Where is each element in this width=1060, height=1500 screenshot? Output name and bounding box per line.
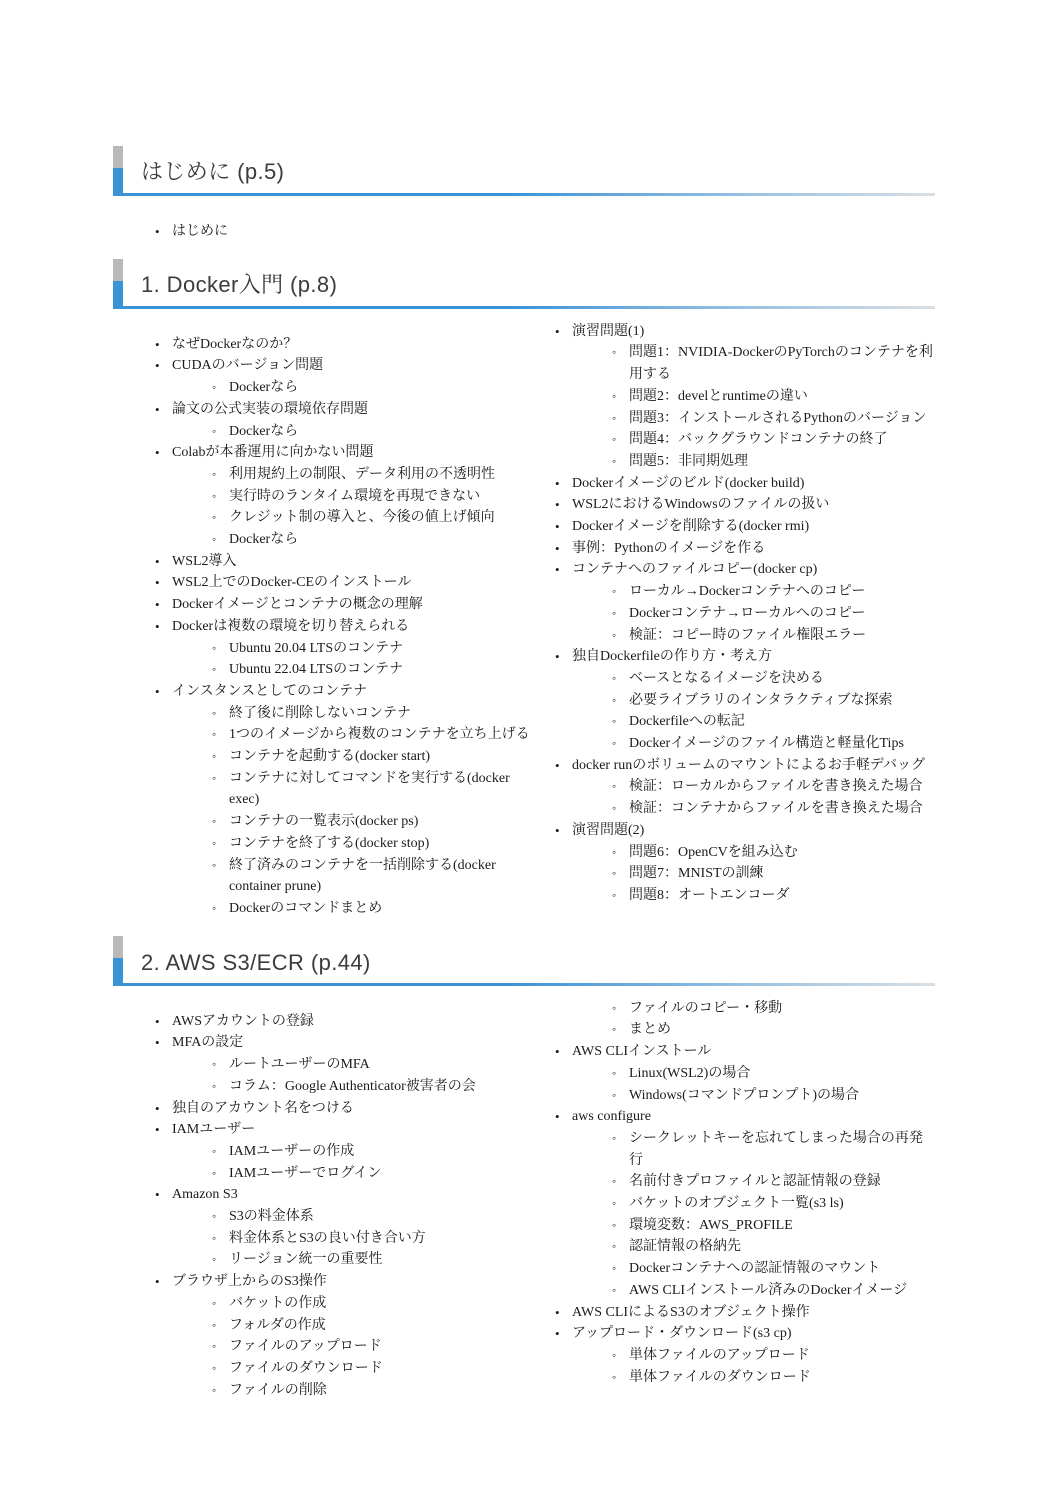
toc-column-left: •AWSアカウントの登録•MFAの設定◦ルートユーザーのMFA◦コラム：Goog… [155, 1011, 535, 1402]
bullet-circle-icon: ◦ [212, 855, 229, 898]
toc-item-label: Ubuntu 20.04 LTSのコンテナ [229, 638, 535, 660]
toc-item-label: 実行時のランタイム環境を再現できない [229, 486, 535, 508]
section-title: 1. Docker入門 (p.8) [141, 268, 337, 306]
bullet-circle-icon: ◦ [212, 724, 229, 746]
bullet-circle-icon: ◦ [612, 1193, 629, 1215]
toc-item-label: WSL2上でのDocker-CEのインストール [172, 572, 535, 594]
toc-item: ◦Windows(コマンドプロンプト)の場合 [555, 1085, 935, 1107]
toc-item: •はじめに [155, 221, 535, 243]
bullet-circle-icon: ◦ [212, 1141, 229, 1163]
accent-bar-blue [113, 281, 123, 306]
toc-item-label: Dockerイメージのファイル構造と軽量化Tips [629, 733, 935, 755]
toc-item: ◦バケットの作成 [155, 1293, 535, 1315]
toc-item-label: 問題3：インストールされるPythonのバージョン [629, 408, 935, 430]
toc-item: ◦Dockerコンテナへの認証情報のマウント [555, 1258, 935, 1280]
toc-item-label: Dockerfileへの転記 [629, 711, 935, 733]
bullet-dot-icon: • [155, 442, 172, 464]
bullet-circle-icon: ◦ [212, 703, 229, 725]
toc-item: ◦Dockerイメージのファイル構造と軽量化Tips [555, 733, 935, 755]
toc-item-label: まとめ [629, 1019, 935, 1041]
toc-item: •インスタンスとしてのコンテナ [155, 681, 535, 703]
toc-item-label: はじめに [172, 221, 535, 243]
toc-item-label: ファイルのコピー・移動 [629, 998, 935, 1020]
toc-item-label: 事例：Pythonのイメージを作る [572, 538, 935, 560]
toc-item: •CUDAのバージョン問題 [155, 355, 535, 377]
bullet-dot-icon: • [155, 681, 172, 703]
toc-item-label: 必要ライブラリのインタラクティブな探索 [629, 690, 935, 712]
toc-page: はじめに (p.5) •はじめに 1. Docker入門 (p.8) •なぜDo… [0, 0, 1060, 1500]
toc-item-label: 問題4：バックグラウンドコンテナの終了 [629, 429, 935, 451]
toc-item: ◦利用規約上の制限、データ利用の不透明性 [155, 464, 535, 486]
toc-item: ◦バケットのオブジェクト一覧(s3 ls) [555, 1193, 935, 1215]
toc-item-label: ファイルのアップロード [229, 1336, 535, 1358]
bullet-circle-icon: ◦ [612, 408, 629, 430]
toc-item-label: 検証：コンテナからファイルを書き換えた場合 [629, 798, 935, 820]
bullet-circle-icon: ◦ [212, 1336, 229, 1358]
bullet-circle-icon: ◦ [612, 863, 629, 885]
toc-item: ◦クレジット制の導入と、今後の値上げ傾向 [155, 507, 535, 529]
toc-item: •WSL2におけるWindowsのファイルの扱い [555, 494, 935, 516]
toc-item-label: CUDAのバージョン問題 [172, 355, 535, 377]
bullet-dot-icon: • [155, 1184, 172, 1206]
bullet-dot-icon: • [155, 551, 172, 573]
toc-item-label: コンテナへのファイルコピー(docker cp) [572, 559, 935, 581]
bullet-dot-icon: • [555, 473, 572, 495]
toc-item-label: aws configure [572, 1106, 935, 1128]
bullet-circle-icon: ◦ [612, 429, 629, 451]
bullet-circle-icon: ◦ [212, 811, 229, 833]
bullet-circle-icon: ◦ [612, 690, 629, 712]
toc-item-label: 終了済みのコンテナを一括削除する(docker container prune) [229, 855, 535, 898]
toc-item-label: コンテナに対してコマンドを実行する(docker exec) [229, 768, 535, 811]
toc-item: •IAMユーザー [155, 1119, 535, 1141]
toc-item: ◦Dockerなら [155, 377, 535, 399]
section-header: 1. Docker入門 (p.8) [113, 259, 935, 306]
toc-item-label: フォルダの作成 [229, 1315, 535, 1337]
bullet-circle-icon: ◦ [212, 486, 229, 508]
toc-item: ◦名前付きプロファイルと認証情報の登録 [555, 1171, 935, 1193]
toc-item: ◦Linux(WSL2)の場合 [555, 1063, 935, 1085]
toc-item: ◦問題8：オートエンコーダ [555, 885, 935, 907]
toc-item: •AWS CLIによるS3のオブジェクト操作 [555, 1302, 935, 1324]
toc-column-left: •なぜDockerなのか？•CUDAのバージョン問題◦Dockerなら•論文の公… [155, 334, 535, 920]
bullet-dot-icon: • [155, 355, 172, 377]
toc-item: ◦Dockerのコマンドまとめ [155, 898, 535, 920]
toc-item-label: Dockerは複数の環境を切り替えられる [172, 616, 535, 638]
bullet-circle-icon: ◦ [612, 342, 629, 385]
bullet-circle-icon: ◦ [612, 603, 629, 625]
toc-item-label: Dockerなら [229, 529, 535, 551]
toc-item: ◦まとめ [555, 1019, 935, 1041]
bullet-circle-icon: ◦ [212, 1315, 229, 1337]
bullet-dot-icon: • [555, 559, 572, 581]
bullet-circle-icon: ◦ [212, 507, 229, 529]
toc-item-label: AWS CLIインストール [572, 1041, 935, 1063]
bullet-circle-icon: ◦ [612, 581, 629, 603]
toc-item-label: 料金体系とS3の良い付き合い方 [229, 1228, 535, 1250]
toc-item-label: 独自Dockerfileの作り方・考え方 [572, 646, 935, 668]
bullet-circle-icon: ◦ [612, 1171, 629, 1193]
toc-item: •WSL2導入 [155, 551, 535, 573]
bullet-circle-icon: ◦ [212, 1293, 229, 1315]
accent-bar-blue [113, 168, 123, 193]
toc-item-label: 単体ファイルのダウンロード [629, 1367, 935, 1389]
toc-item-label: WSL2導入 [172, 551, 535, 573]
toc-item-label: MFAの設定 [172, 1032, 535, 1054]
bullet-dot-icon: • [555, 820, 572, 842]
toc-item: ◦単体ファイルのアップロード [555, 1345, 935, 1367]
section-body: •AWSアカウントの登録•MFAの設定◦ルートユーザーのMFA◦コラム：Goog… [113, 986, 935, 1402]
accent-bar-blue [113, 958, 123, 983]
toc-item-label: Windows(コマンドプロンプト)の場合 [629, 1085, 935, 1107]
toc-item: ◦ベースとなるイメージを決める [555, 668, 935, 690]
accent-bar-gray [113, 146, 123, 168]
toc-item-label: コンテナを起動する(docker start) [229, 746, 535, 768]
section-docker: 1. Docker入門 (p.8) •なぜDockerなのか？•CUDAのバージ… [113, 259, 935, 920]
section-intro: はじめに (p.5) •はじめに [113, 146, 935, 243]
section-title: 2. AWS S3/ECR (p.44) [141, 950, 371, 983]
toc-item: ◦検証：コピー時のファイル権限エラー [555, 625, 935, 647]
toc-item-label: 問題5：非同期処理 [629, 451, 935, 473]
bullet-circle-icon: ◦ [612, 776, 629, 798]
toc-item-label: 問題6：OpenCVを組み込む [629, 842, 935, 864]
toc-item: •Dockerイメージとコンテナの概念の理解 [155, 594, 535, 616]
bullet-circle-icon: ◦ [612, 668, 629, 690]
toc-item: ◦1つのイメージから複数のコンテナを立ち上げる [155, 724, 535, 746]
bullet-dot-icon: • [555, 1106, 572, 1128]
toc-item: ◦終了後に削除しないコンテナ [155, 703, 535, 725]
toc-item-label: Dockerのコマンドまとめ [229, 898, 535, 920]
toc-item-label: Ubuntu 22.04 LTSのコンテナ [229, 659, 535, 681]
toc-item: ◦S3の料金体系 [155, 1206, 535, 1228]
toc-item: ◦問題7：MNISTの訓練 [555, 863, 935, 885]
toc-item: ◦Dockerコンテナ→ローカルへのコピー [555, 603, 935, 625]
toc-item: ◦問題5：非同期処理 [555, 451, 935, 473]
bullet-dot-icon: • [155, 572, 172, 594]
toc-item-label: AWSアカウントの登録 [172, 1011, 535, 1033]
toc-item: •事例：Pythonのイメージを作る [555, 538, 935, 560]
toc-item: •AWS CLIインストール [555, 1041, 935, 1063]
toc-item: ◦問題2：develとruntimeの違い [555, 386, 935, 408]
toc-item: ◦IAMユーザーの作成 [155, 1141, 535, 1163]
toc-item-label: IAMユーザー [172, 1119, 535, 1141]
bullet-circle-icon: ◦ [612, 1345, 629, 1367]
toc-item: ◦コンテナを起動する(docker start) [155, 746, 535, 768]
bullet-circle-icon: ◦ [612, 1367, 629, 1389]
toc-item-label: 認証情報の格納先 [629, 1236, 935, 1258]
toc-item-label: コンテナの一覧表示(docker ps) [229, 811, 535, 833]
toc-item: ◦料金体系とS3の良い付き合い方 [155, 1228, 535, 1250]
toc-item: ◦シークレットキーを忘れてしまった場合の再発行 [555, 1128, 935, 1171]
toc-item-label: S3の料金体系 [229, 1206, 535, 1228]
toc-item-label: コンテナを終了する(docker stop) [229, 833, 535, 855]
bullet-circle-icon: ◦ [612, 451, 629, 473]
bullet-dot-icon: • [155, 221, 172, 243]
bullet-circle-icon: ◦ [212, 833, 229, 855]
toc-item-label: インスタンスとしてのコンテナ [172, 681, 535, 703]
toc-item: •なぜDockerなのか？ [155, 334, 535, 356]
toc-item-label: 環境変数：AWS_PROFILE [629, 1215, 935, 1237]
toc-item: ◦問題6：OpenCVを組み込む [555, 842, 935, 864]
toc-item: •WSL2上でのDocker-CEのインストール [155, 572, 535, 594]
bullet-circle-icon: ◦ [212, 529, 229, 551]
toc-item-label: ローカル→Dockerコンテナへのコピー [629, 581, 935, 603]
toc-item-label: クレジット制の導入と、今後の値上げ傾向 [229, 507, 535, 529]
toc-item-label: docker runのボリュームのマウントによるお手軽デバッグ [572, 755, 935, 777]
toc-item: •演習問題(1) [555, 321, 935, 343]
section-aws: 2. AWS S3/ECR (p.44) •AWSアカウントの登録•MFAの設定… [113, 936, 935, 1402]
toc-item-label: AWS CLIによるS3のオブジェクト操作 [572, 1302, 935, 1324]
toc-item: ◦コンテナの一覧表示(docker ps) [155, 811, 535, 833]
toc-column-right [555, 208, 935, 243]
bullet-circle-icon: ◦ [212, 1228, 229, 1250]
bullet-dot-icon: • [155, 616, 172, 638]
bullet-dot-icon: • [555, 321, 572, 343]
toc-item: •aws configure [555, 1106, 935, 1128]
toc-item-label: ファイルのダウンロード [229, 1358, 535, 1380]
bullet-circle-icon: ◦ [612, 733, 629, 755]
toc-item: ◦検証：コンテナからファイルを書き換えた場合 [555, 798, 935, 820]
toc-item: •Amazon S3 [155, 1184, 535, 1206]
section-header: 2. AWS S3/ECR (p.44) [113, 936, 935, 983]
bullet-circle-icon: ◦ [212, 464, 229, 486]
bullet-dot-icon: • [155, 1119, 172, 1141]
toc-item-label: 利用規約上の制限、データ利用の不透明性 [229, 464, 535, 486]
toc-item: •独自のアカウント名をつける [155, 1098, 535, 1120]
toc-item: •独自Dockerfileの作り方・考え方 [555, 646, 935, 668]
section-title: はじめに (p.5) [141, 155, 284, 193]
bullet-circle-icon: ◦ [612, 1236, 629, 1258]
toc-item: ◦コラム：Google Authenticator被害者の会 [155, 1076, 535, 1098]
bullet-dot-icon: • [555, 516, 572, 538]
toc-item: ◦ファイルのアップロード [155, 1336, 535, 1358]
bullet-circle-icon: ◦ [212, 638, 229, 660]
bullet-dot-icon: • [555, 538, 572, 560]
toc-item: ◦単体ファイルのダウンロード [555, 1367, 935, 1389]
toc-item: ◦問題4：バックグラウンドコンテナの終了 [555, 429, 935, 451]
section-body: •なぜDockerなのか？•CUDAのバージョン問題◦Dockerなら•論文の公… [113, 309, 935, 920]
bullet-circle-icon: ◦ [612, 386, 629, 408]
toc-item: •Dockerは複数の環境を切り替えられる [155, 616, 535, 638]
bullet-circle-icon: ◦ [612, 1063, 629, 1085]
toc-column-right: ◦ファイルのコピー・移動◦まとめ•AWS CLIインストール◦Linux(WSL… [555, 998, 935, 1402]
toc-item-label: Colabが本番運用に向かない問題 [172, 442, 535, 464]
bullet-circle-icon: ◦ [212, 1076, 229, 1098]
bullet-dot-icon: • [555, 1041, 572, 1063]
toc-item-label: 問題7：MNISTの訓練 [629, 863, 935, 885]
toc-item-label: 独自のアカウント名をつける [172, 1098, 535, 1120]
toc-item: ◦コンテナを終了する(docker stop) [155, 833, 535, 855]
toc-item: ◦AWS CLIインストール済みのDockerイメージ [555, 1280, 935, 1302]
toc-item-label: 名前付きプロファイルと認証情報の登録 [629, 1171, 935, 1193]
toc-item: •Colabが本番運用に向かない問題 [155, 442, 535, 464]
toc-item-label: IAMユーザーでログイン [229, 1163, 535, 1185]
toc-item-label: ファイルの削除 [229, 1380, 535, 1402]
toc-item-label: 問題1：NVIDIA-DockerのPyTorchのコンテナを利用する [629, 342, 935, 385]
bullet-circle-icon: ◦ [212, 659, 229, 681]
bullet-circle-icon: ◦ [212, 768, 229, 811]
bullet-circle-icon: ◦ [612, 1258, 629, 1280]
toc-item: ◦フォルダの作成 [155, 1315, 535, 1337]
bullet-dot-icon: • [155, 1011, 172, 1033]
bullet-circle-icon: ◦ [212, 1163, 229, 1185]
toc-item: ◦Dockerfileへの転記 [555, 711, 935, 733]
bullet-circle-icon: ◦ [212, 1054, 229, 1076]
toc-item: •Dockerイメージを削除する(docker rmi) [555, 516, 935, 538]
bullet-circle-icon: ◦ [212, 421, 229, 443]
toc-item: •アップロード・ダウンロード(s3 cp) [555, 1323, 935, 1345]
toc-item-label: ブラウザ上からのS3操作 [172, 1271, 535, 1293]
toc-item: •演習問題(2) [555, 820, 935, 842]
bullet-dot-icon: • [155, 1098, 172, 1120]
bullet-circle-icon: ◦ [612, 1085, 629, 1107]
toc-item-label: Dockerイメージとコンテナの概念の理解 [172, 594, 535, 616]
toc-item: •MFAの設定 [155, 1032, 535, 1054]
toc-item-label: 検証：ローカルからファイルを書き換えた場合 [629, 776, 935, 798]
toc-item: ◦認証情報の格納先 [555, 1236, 935, 1258]
section-body: •はじめに [113, 196, 935, 243]
toc-item: ◦コンテナに対してコマンドを実行する(docker exec) [155, 768, 535, 811]
toc-item: ◦ファイルの削除 [155, 1380, 535, 1402]
section-header: はじめに (p.5) [113, 146, 935, 193]
toc-item: ◦ローカル→Dockerコンテナへのコピー [555, 581, 935, 603]
bullet-circle-icon: ◦ [212, 1358, 229, 1380]
toc-item: ◦検証：ローカルからファイルを書き換えた場合 [555, 776, 935, 798]
toc-item-label: ルートユーザーのMFA [229, 1054, 535, 1076]
section-accent-bar [113, 259, 123, 306]
bullet-dot-icon: • [555, 755, 572, 777]
bullet-circle-icon: ◦ [612, 1215, 629, 1237]
toc-item: ◦問題3：インストールされるPythonのバージョン [555, 408, 935, 430]
toc-item-label: Dockerコンテナ→ローカルへのコピー [629, 603, 935, 625]
bullet-circle-icon: ◦ [612, 625, 629, 647]
toc-item-label: シークレットキーを忘れてしまった場合の再発行 [629, 1128, 935, 1171]
toc-item-label: IAMユーザーの作成 [229, 1141, 535, 1163]
toc-item-label: バケットの作成 [229, 1293, 535, 1315]
toc-column-left: •はじめに [155, 221, 535, 243]
bullet-circle-icon: ◦ [612, 998, 629, 1020]
toc-item-label: Amazon S3 [172, 1184, 535, 1206]
toc-item-label: アップロード・ダウンロード(s3 cp) [572, 1323, 935, 1345]
toc-item-label: 単体ファイルのアップロード [629, 1345, 935, 1367]
section-accent-bar [113, 936, 123, 983]
toc-item: •docker runのボリュームのマウントによるお手軽デバッグ [555, 755, 935, 777]
toc-item: ◦リージョン統一の重要性 [155, 1249, 535, 1271]
toc-item: ◦Dockerなら [155, 421, 535, 443]
bullet-circle-icon: ◦ [612, 1128, 629, 1171]
toc-item: •論文の公式実装の環境依存問題 [155, 399, 535, 421]
toc-item: ◦Ubuntu 22.04 LTSのコンテナ [155, 659, 535, 681]
toc-item: ◦必要ライブラリのインタラクティブな探索 [555, 690, 935, 712]
toc-item-label: コラム：Google Authenticator被害者の会 [229, 1076, 535, 1098]
toc-item: ◦Ubuntu 20.04 LTSのコンテナ [155, 638, 535, 660]
toc-item-label: Dockerイメージを削除する(docker rmi) [572, 516, 935, 538]
toc-item: ◦ファイルのダウンロード [155, 1358, 535, 1380]
bullet-dot-icon: • [555, 646, 572, 668]
toc-item-label: Dockerイメージのビルド(docker build) [572, 473, 935, 495]
toc-item-label: 演習問題(2) [572, 820, 935, 842]
toc-item: ◦終了済みのコンテナを一括削除する(docker container prune… [155, 855, 535, 898]
toc-item: ◦問題1：NVIDIA-DockerのPyTorchのコンテナを利用する [555, 342, 935, 385]
bullet-circle-icon: ◦ [612, 798, 629, 820]
accent-bar-gray [113, 259, 123, 281]
bullet-circle-icon: ◦ [212, 898, 229, 920]
section-accent-bar [113, 146, 123, 193]
toc-item-label: WSL2におけるWindowsのファイルの扱い [572, 494, 935, 516]
bullet-dot-icon: • [555, 1302, 572, 1324]
toc-item-label: バケットのオブジェクト一覧(s3 ls) [629, 1193, 935, 1215]
bullet-dot-icon: • [155, 1032, 172, 1054]
toc-item-label: リージョン統一の重要性 [229, 1249, 535, 1271]
toc-item-label: 問題2：develとruntimeの違い [629, 386, 935, 408]
toc-item-label: 問題8：オートエンコーダ [629, 885, 935, 907]
toc-item: •コンテナへのファイルコピー(docker cp) [555, 559, 935, 581]
toc-item-label: 論文の公式実装の環境依存問題 [172, 399, 535, 421]
bullet-circle-icon: ◦ [212, 1206, 229, 1228]
bullet-circle-icon: ◦ [612, 885, 629, 907]
toc-item-label: AWS CLIインストール済みのDockerイメージ [629, 1280, 935, 1302]
toc-item-label: 演習問題(1) [572, 321, 935, 343]
toc-column-right: •演習問題(1)◦問題1：NVIDIA-DockerのPyTorchのコンテナを… [555, 321, 935, 920]
toc-item-label: ベースとなるイメージを決める [629, 668, 935, 690]
toc-item: ◦Dockerなら [155, 529, 535, 551]
bullet-circle-icon: ◦ [212, 1249, 229, 1271]
toc-item: ◦実行時のランタイム環境を再現できない [155, 486, 535, 508]
bullet-dot-icon: • [155, 594, 172, 616]
bullet-dot-icon: • [555, 494, 572, 516]
bullet-circle-icon: ◦ [612, 1280, 629, 1302]
toc-item: •ブラウザ上からのS3操作 [155, 1271, 535, 1293]
toc-item: ◦ルートユーザーのMFA [155, 1054, 535, 1076]
bullet-circle-icon: ◦ [612, 711, 629, 733]
toc-item-label: Linux(WSL2)の場合 [629, 1063, 935, 1085]
bullet-dot-icon: • [555, 1323, 572, 1345]
toc-item-label: Dockerなら [229, 421, 535, 443]
toc-item-label: 終了後に削除しないコンテナ [229, 703, 535, 725]
toc-item-label: Dockerコンテナへの認証情報のマウント [629, 1258, 935, 1280]
toc-item: ◦IAMユーザーでログイン [155, 1163, 535, 1185]
bullet-dot-icon: • [155, 1271, 172, 1293]
toc-item: ◦ファイルのコピー・移動 [555, 998, 935, 1020]
toc-item-label: 1つのイメージから複数のコンテナを立ち上げる [229, 724, 535, 746]
bullet-circle-icon: ◦ [612, 1019, 629, 1041]
bullet-circle-icon: ◦ [612, 842, 629, 864]
toc-item-label: 検証：コピー時のファイル権限エラー [629, 625, 935, 647]
bullet-dot-icon: • [155, 334, 172, 356]
toc-item: ◦環境変数：AWS_PROFILE [555, 1215, 935, 1237]
toc-item: •Dockerイメージのビルド(docker build) [555, 473, 935, 495]
bullet-circle-icon: ◦ [212, 377, 229, 399]
accent-bar-gray [113, 936, 123, 958]
bullet-dot-icon: • [155, 399, 172, 421]
toc-item-label: なぜDockerなのか？ [172, 334, 535, 356]
toc-item: •AWSアカウントの登録 [155, 1011, 535, 1033]
bullet-circle-icon: ◦ [212, 746, 229, 768]
bullet-circle-icon: ◦ [212, 1380, 229, 1402]
toc-item-label: Dockerなら [229, 377, 535, 399]
